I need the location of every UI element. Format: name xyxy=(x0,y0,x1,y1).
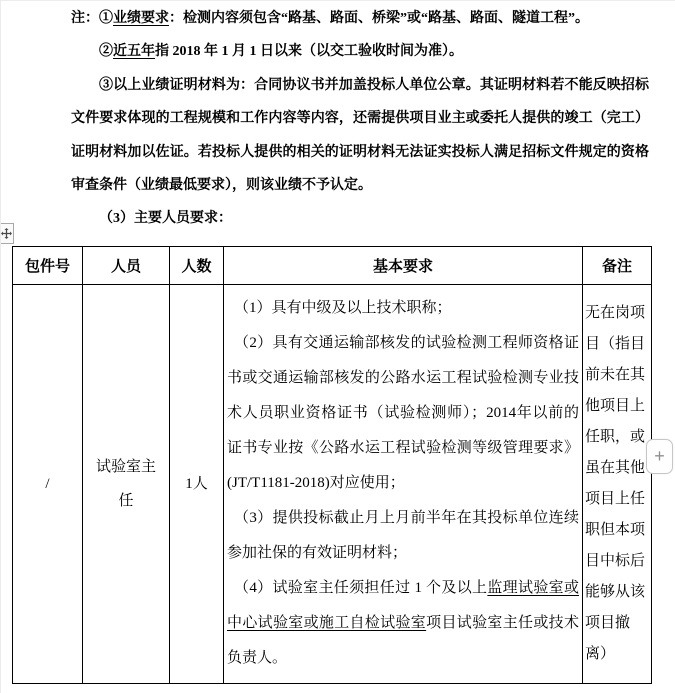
requirement-item-4: （4）试验室主任须担任过 1 个及以上监理试验室或中心试验室或施工自检试验室项目… xyxy=(227,571,579,676)
insert-row-button[interactable]: + xyxy=(646,439,673,474)
document-page: 注：①业绩要求：检测内容须包含“路基、路面、桥梁”或“路基、路面、隧道工程”。 … xyxy=(0,0,675,693)
notes-section: 注：①业绩要求：检测内容须包含“路基、路面、桥梁”或“路基、路面、隧道工程”。 … xyxy=(71,1,649,236)
col-header-basic-requirements: 基本要求 xyxy=(224,246,583,284)
note-2-underlined: 近五年 xyxy=(113,44,155,59)
note-1-underlined: 业绩要求 xyxy=(113,11,169,26)
col-header-package-no: 包件号 xyxy=(13,246,83,284)
requirement-item-1: （1）具有中级及以上技术职称； xyxy=(227,291,579,326)
cell-basic-requirements: （1）具有中级及以上技术职称； （2）具有交通运输部核发的试验检测工程师资格证书… xyxy=(224,284,583,683)
cell-package-no: / xyxy=(13,284,83,683)
note-1-post: ：检测内容须包含“路基、路面、桥梁”或“路基、路面、隧道工程”。 xyxy=(169,11,589,26)
note-3: ③以上业绩证明材料为：合同协议书并加盖投标人单位公章。其证明材料若不能反映招标文… xyxy=(71,69,649,203)
col-header-remark: 备注 xyxy=(583,246,652,284)
note-1-pre: 注：① xyxy=(71,11,113,26)
cell-personnel: 试验室主任 xyxy=(83,284,170,683)
cell-count: 1人 xyxy=(170,284,224,683)
requirement-item-3: （3）提供投标截止月上月前半年在其投标单位连续参加社保的有效证明材料； xyxy=(227,501,579,571)
personnel-requirements-table: 包件号 人员 人数 基本要求 备注 / 试验室主任 1人 （1）具有中级及以上技… xyxy=(12,246,652,684)
col-header-personnel: 人员 xyxy=(83,246,170,284)
table-move-handle[interactable] xyxy=(1,223,14,244)
note-1: 注：①业绩要求：检测内容须包含“路基、路面、桥梁”或“路基、路面、隧道工程”。 xyxy=(71,2,649,35)
requirement-item-2: （2）具有交通运输部核发的试验检测工程师资格证书或交通运输部核发的公路水运工程试… xyxy=(227,326,579,501)
cell-remark: 无在岗项目（指目前未在其他项目上任职，或虽在其他项目上任职但本项目中标后能够从该… xyxy=(583,284,652,683)
move-arrows-icon xyxy=(1,228,12,239)
requirement-4-pre: （4）试验室主任须担任过 1 个及以上 xyxy=(234,580,487,596)
table-header-row: 包件号 人员 人数 基本要求 备注 xyxy=(13,246,652,284)
col-header-count: 人数 xyxy=(170,246,224,284)
note-2-post: 指 2018 年 1 月 1 日以来（以交工验收时间为准）。 xyxy=(155,44,463,59)
note-2: ②近五年指 2018 年 1 月 1 日以来（以交工验收时间为准）。 xyxy=(71,35,649,68)
note-2-pre: ② xyxy=(99,44,113,59)
section-heading: （3）主要人员要求： xyxy=(71,202,649,235)
table-row: / 试验室主任 1人 （1）具有中级及以上技术职称； （2）具有交通运输部核发的… xyxy=(13,284,652,683)
